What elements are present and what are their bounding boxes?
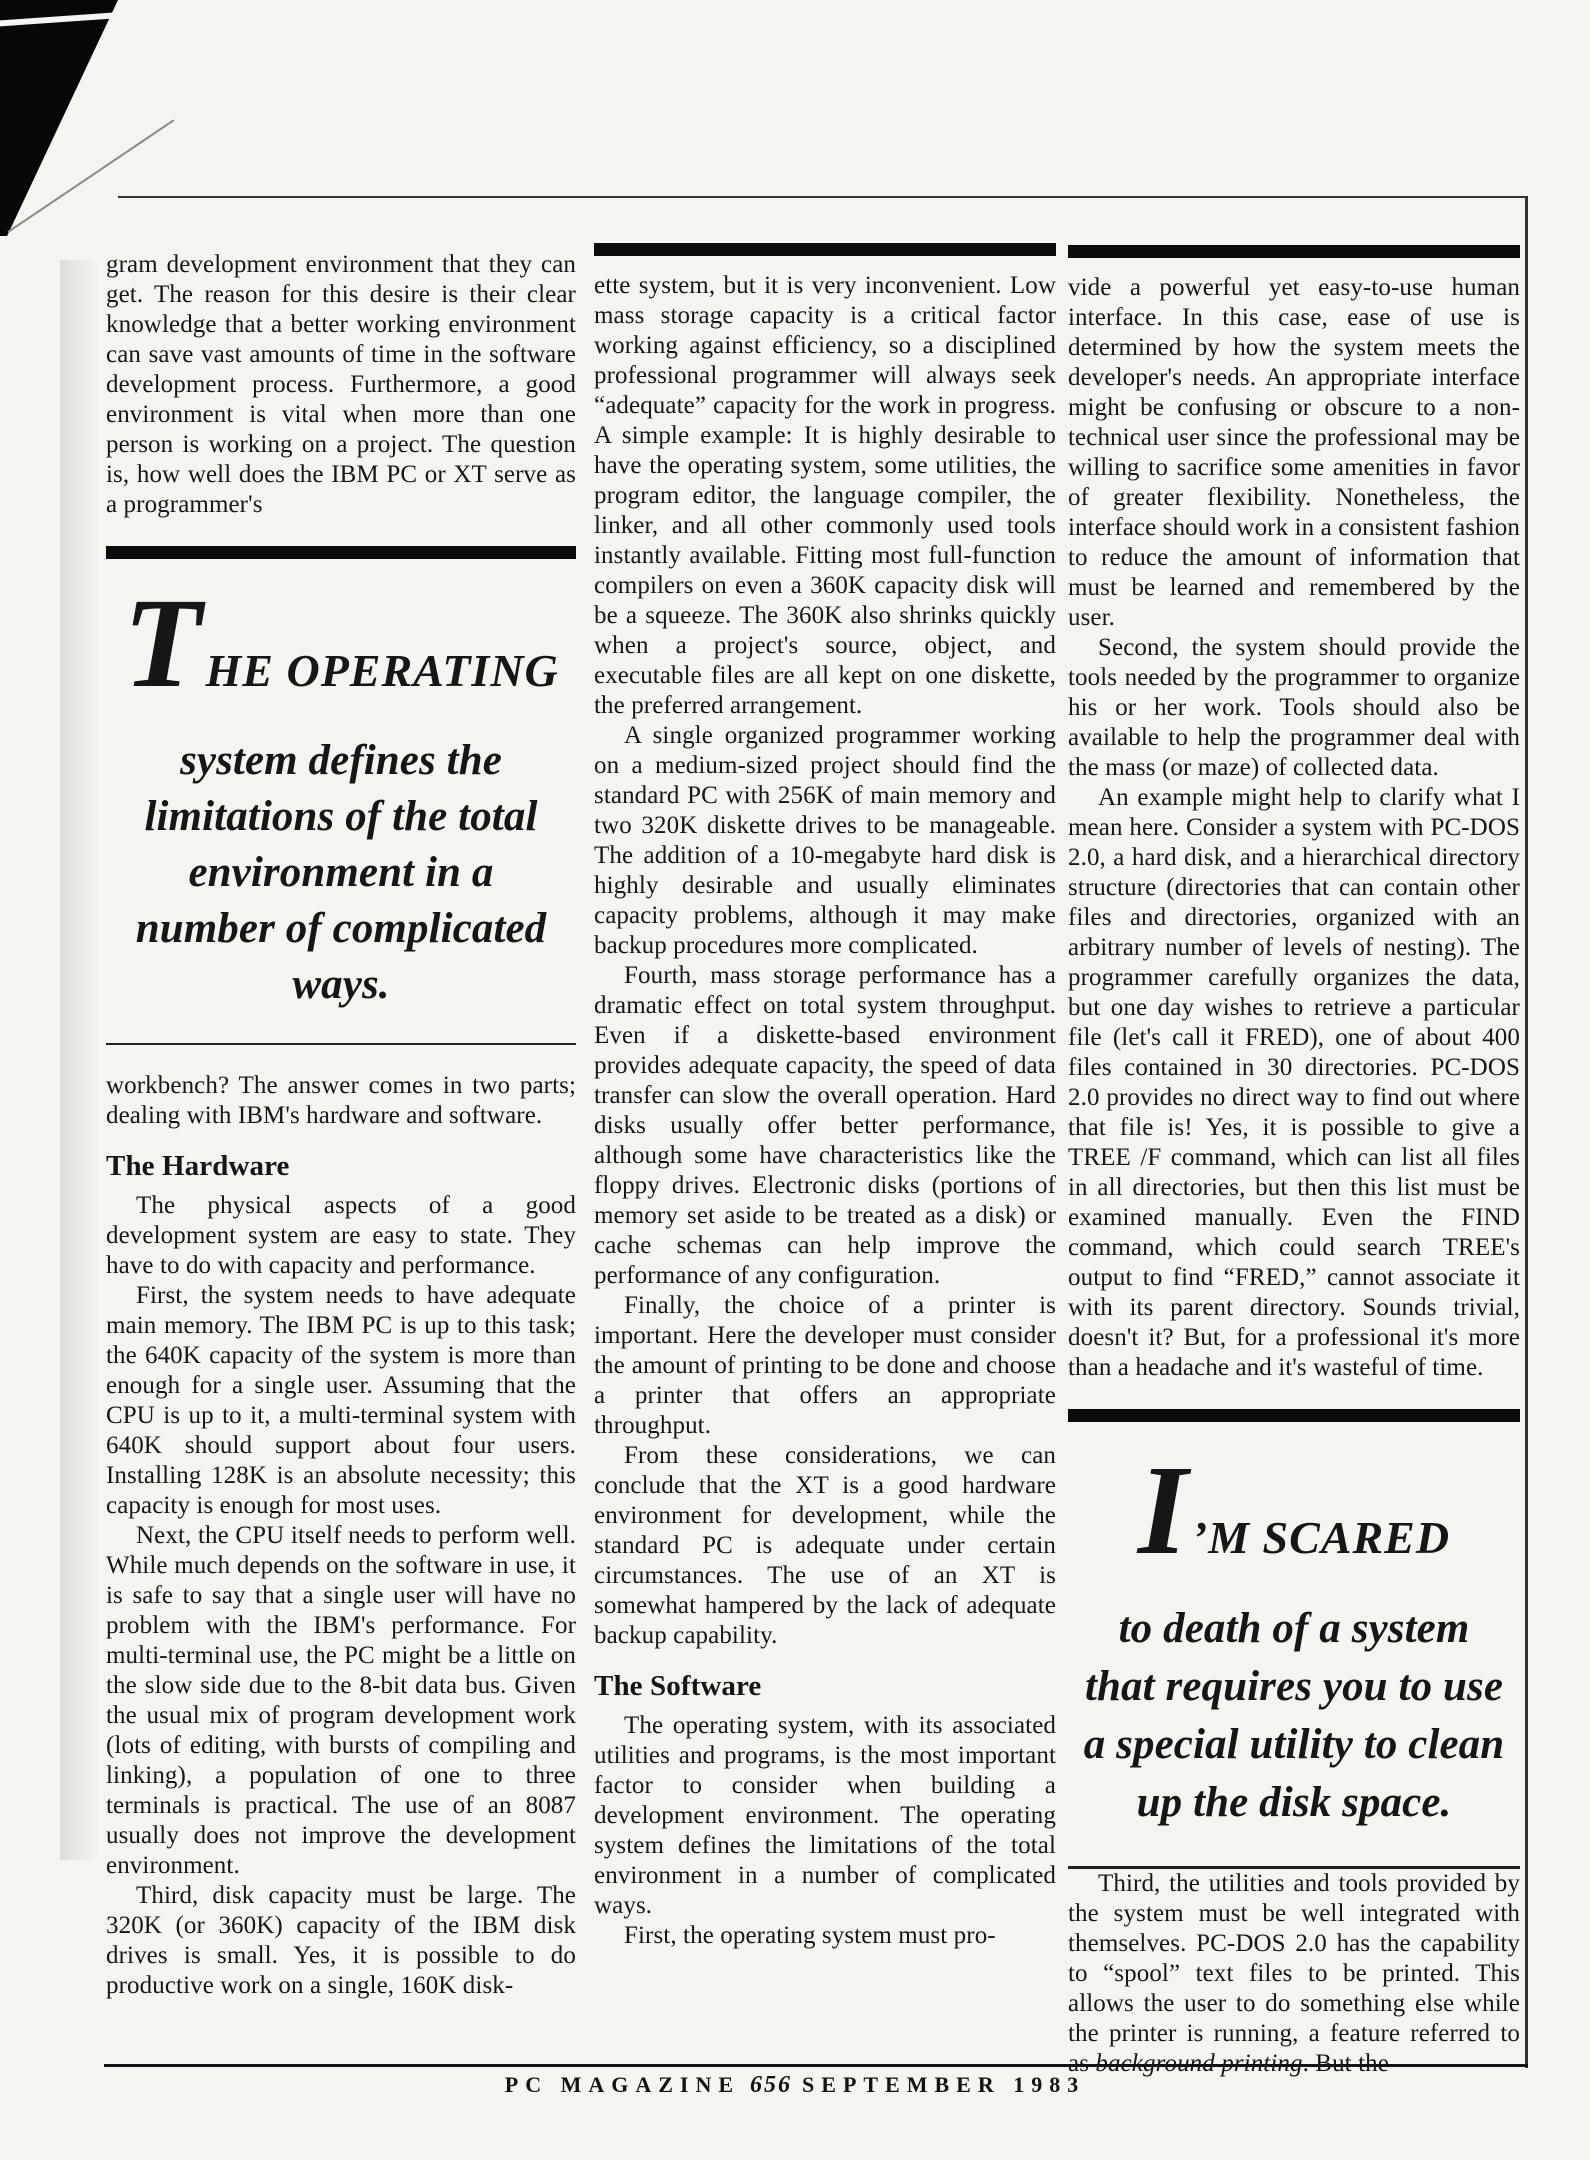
body-paragraph: The operating system, with its associate… bbox=[594, 1711, 1056, 1921]
column-3: vide a powerful yet easy-to-use human in… bbox=[1068, 245, 1520, 2079]
magazine-page: { "column1": { "paragraph_continuation":… bbox=[0, 0, 1590, 2160]
pull-quote-line: environment in a bbox=[112, 845, 570, 901]
body-paragraph: Finally, the choice of a printer is impo… bbox=[594, 1291, 1056, 1441]
issue-date: SEPTEMBER 1983 bbox=[802, 2072, 1085, 2097]
body-paragraph: An example might help to clarify what I … bbox=[1068, 783, 1520, 1383]
body-paragraph: vide a powerful yet easy-to-use human in… bbox=[1068, 273, 1520, 633]
pull-quote-lead: ’M SCARED bbox=[1192, 1512, 1450, 1563]
pull-quote-line: up the disk space. bbox=[1070, 1774, 1518, 1832]
pull-quote-first-line: I’M SCARED bbox=[1070, 1462, 1518, 1592]
body-paragraph: The physical aspects of a good developme… bbox=[106, 1191, 576, 1281]
pull-quote-first-line: THE OPERATING bbox=[112, 595, 570, 725]
page-border-right bbox=[1525, 196, 1528, 2068]
pull-quote-line: ways. bbox=[112, 957, 570, 1013]
drop-cap-T: T bbox=[123, 572, 201, 714]
pull-quote-operating-system: THE OPERATING system defines the limitat… bbox=[106, 559, 576, 1043]
drop-cap-I: I bbox=[1138, 1439, 1188, 1581]
column-2: ette system, but it is very inconvenient… bbox=[594, 243, 1056, 1951]
body-paragraph: Third, disk capacity must be large. The … bbox=[106, 1881, 576, 2001]
corner-fold-triangle bbox=[0, 0, 118, 236]
pull-quote-im-scared: I’M SCARED to death of a system that req… bbox=[1068, 1422, 1520, 1866]
footer: PC MAGAZINE656SEPTEMBER 1983 bbox=[0, 2072, 1590, 2099]
page-number: 656 bbox=[750, 2072, 792, 2098]
body-paragraph: Fourth, mass storage performance has a d… bbox=[594, 961, 1056, 1291]
body-paragraph: Second, the system should provide the to… bbox=[1068, 633, 1520, 783]
pull-quote-bottom-rule bbox=[106, 1043, 576, 1045]
paragraph-text: Third, the utilities and tools provided … bbox=[1068, 1870, 1520, 2077]
page-border-top bbox=[118, 196, 1528, 198]
pull-quote-line: system defines the bbox=[112, 733, 570, 789]
pull-quote-lead: HE OPERATING bbox=[206, 645, 559, 696]
section-heading-software: The Software bbox=[594, 1669, 1056, 1703]
column-top-bar bbox=[1068, 245, 1520, 258]
column-1: gram development environment that they c… bbox=[106, 250, 576, 2001]
body-paragraph: Next, the CPU itself needs to perform we… bbox=[106, 1521, 576, 1881]
body-paragraph: Third, the utilities and tools provided … bbox=[1068, 1869, 1520, 2079]
pull-quote-top-bar bbox=[1068, 1409, 1520, 1422]
column-top-bar bbox=[594, 243, 1056, 256]
pull-quote-top-bar bbox=[106, 546, 576, 559]
magazine-name: PC MAGAZINE bbox=[505, 2072, 740, 2097]
footer-rule bbox=[104, 2064, 1528, 2067]
body-paragraph: A single organized programmer working on… bbox=[594, 721, 1056, 961]
section-heading-hardware: The Hardware bbox=[106, 1149, 576, 1183]
pull-quote-line: a special utility to clean bbox=[1070, 1716, 1518, 1774]
pull-quote-line: number of complicated bbox=[112, 901, 570, 957]
body-paragraph: First, the system needs to have adequate… bbox=[106, 1281, 576, 1521]
pull-quote-line: limitations of the total bbox=[112, 789, 570, 845]
pull-quote-line: to death of a system bbox=[1070, 1600, 1518, 1658]
pull-quote-line: that requires you to use bbox=[1070, 1658, 1518, 1716]
body-paragraph: ette system, but it is very inconvenient… bbox=[594, 271, 1056, 721]
body-paragraph: From these considerations, we can conclu… bbox=[594, 1441, 1056, 1651]
scan-edge-shading bbox=[60, 260, 100, 1860]
body-paragraph: gram development environment that they c… bbox=[106, 250, 576, 520]
body-paragraph: First, the operating system must pro- bbox=[594, 1921, 1056, 1951]
body-paragraph: workbench? The answer comes in two parts… bbox=[106, 1071, 576, 1131]
